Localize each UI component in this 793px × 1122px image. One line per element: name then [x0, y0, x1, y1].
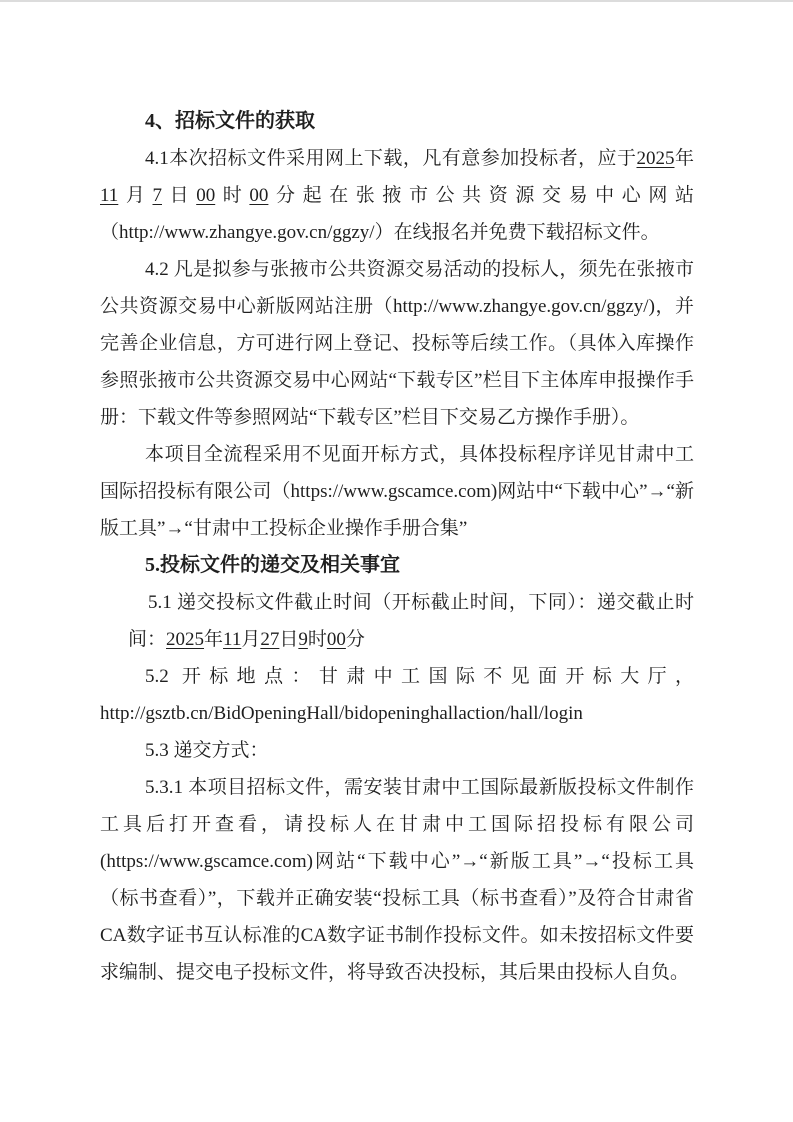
document-content: 4、招标文件的获取 4.1本次招标文件采用网上下载，凡有意参加投标者，应于202…: [100, 103, 694, 991]
text-run: 日: [162, 185, 196, 206]
para-5-3-1: 5.3.1 本项目招标文件，需安装甘肃中工国际最新版投标文件制作工具后打开查看，…: [100, 769, 694, 991]
section-4-heading: 4、招标文件的获取: [100, 103, 694, 140]
underlined-minute: 00: [249, 185, 268, 206]
text-run: 分: [346, 629, 365, 650]
section-5-heading: 5.投标文件的递交及相关事宜: [100, 547, 694, 584]
text-run: 时: [215, 185, 249, 206]
text-run: 月: [241, 629, 260, 650]
para-5-2: 5.2 开标地点：甘肃中工国际不见面开标大厅，: [100, 658, 694, 695]
text-run: 年: [204, 629, 223, 650]
text-run: 年: [675, 148, 694, 169]
underlined-minute: 00: [327, 629, 346, 650]
underlined-day: 27: [260, 629, 279, 650]
text-run: 日: [279, 629, 298, 650]
underlined-year: 2025: [637, 148, 675, 169]
underlined-hour: 9: [298, 629, 308, 650]
page-top-border: [0, 0, 793, 2]
para-5-2-url: http://gsztb.cn/BidOpeningHall/bidopenin…: [100, 695, 694, 732]
underlined-month: 11: [223, 629, 241, 650]
document-page: 4、招标文件的获取 4.1本次招标文件采用网上下载，凡有意参加投标者，应于202…: [0, 0, 793, 1122]
text-run: 月: [118, 185, 152, 206]
para-4-1: 4.1本次招标文件采用网上下载，凡有意参加投标者，应于2025年11月7日00时…: [100, 140, 694, 251]
underlined-year: 2025: [166, 629, 204, 650]
para-5-1: 5.1 递交投标文件截止时间（开标截止时间，下同）：递交截止时间：2025年11…: [100, 584, 694, 658]
underlined-hour: 00: [196, 185, 215, 206]
para-4-2: 4.2 凡是拟参与张掖市公共资源交易活动的投标人，须先在张掖市公共资源交易中心新…: [100, 251, 694, 436]
text-run: 4.1本次招标文件采用网上下载，凡有意参加投标者，应于: [145, 148, 637, 169]
para-bid-process: 本项目全流程采用不见面开标方式，具体投标程序详见甘肃中工国际招投标有限公司（ht…: [100, 436, 694, 547]
underlined-day: 7: [153, 185, 163, 206]
para-5-3: 5.3 递交方式：: [100, 732, 694, 769]
underlined-month: 11: [100, 185, 118, 206]
text-run: 时: [308, 629, 327, 650]
